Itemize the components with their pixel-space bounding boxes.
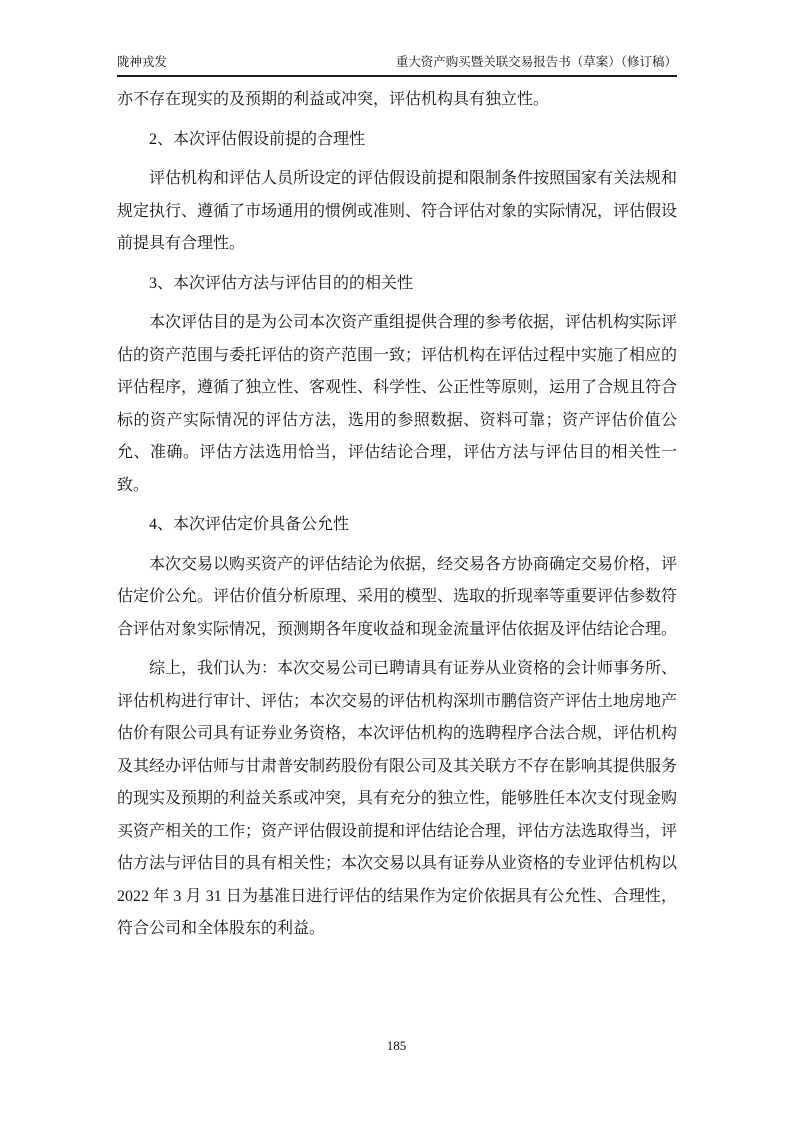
page-header: 陇神戎发 重大资产购买暨关联交易报告书（草案）（修订稿） [117, 54, 677, 77]
header-report-title: 重大资产购买暨关联交易报告书（草案）（修订稿） [396, 54, 677, 70]
paragraph-conclusion: 综上，我们认为：本次交易公司已聘请具有证券从业资格的会计师事务所、评估机构进行审… [117, 653, 677, 946]
paragraph-assumptions: 评估机构和评估人员所设定的评估假设前提和限制条件按照国家有关法规和规定执行、遵循… [117, 163, 677, 261]
section-heading-3: 3、本次评估方法与评估目的的相关性 [117, 268, 677, 301]
section-heading-2: 2、本次评估假设前提的合理性 [117, 124, 677, 157]
section-heading-4: 4、本次评估定价具备公允性 [117, 509, 677, 542]
document-page: 陇神戎发 重大资产购买暨关联交易报告书（草案）（修订稿） 亦不存在现实的及预期的… [0, 0, 793, 1122]
header-company-name: 陇神戎发 [117, 54, 167, 70]
paragraph-continuation: 亦不存在现实的及预期的利益或冲突，评估机构具有独立性。 [117, 84, 677, 117]
paragraph-method-relevance: 本次评估目的是为公司本次资产重组提供合理的参考依据，评估机构实际评估的资产范围与… [117, 307, 677, 502]
document-body: 亦不存在现实的及预期的利益或冲突，评估机构具有独立性。 2、本次评估假设前提的合… [117, 84, 677, 953]
paragraph-pricing-fairness: 本次交易以购买资产的评估结论为依据，经交易各方协商确定交易价格，评估定价公允。评… [117, 549, 677, 647]
page-number: 185 [0, 1038, 793, 1054]
